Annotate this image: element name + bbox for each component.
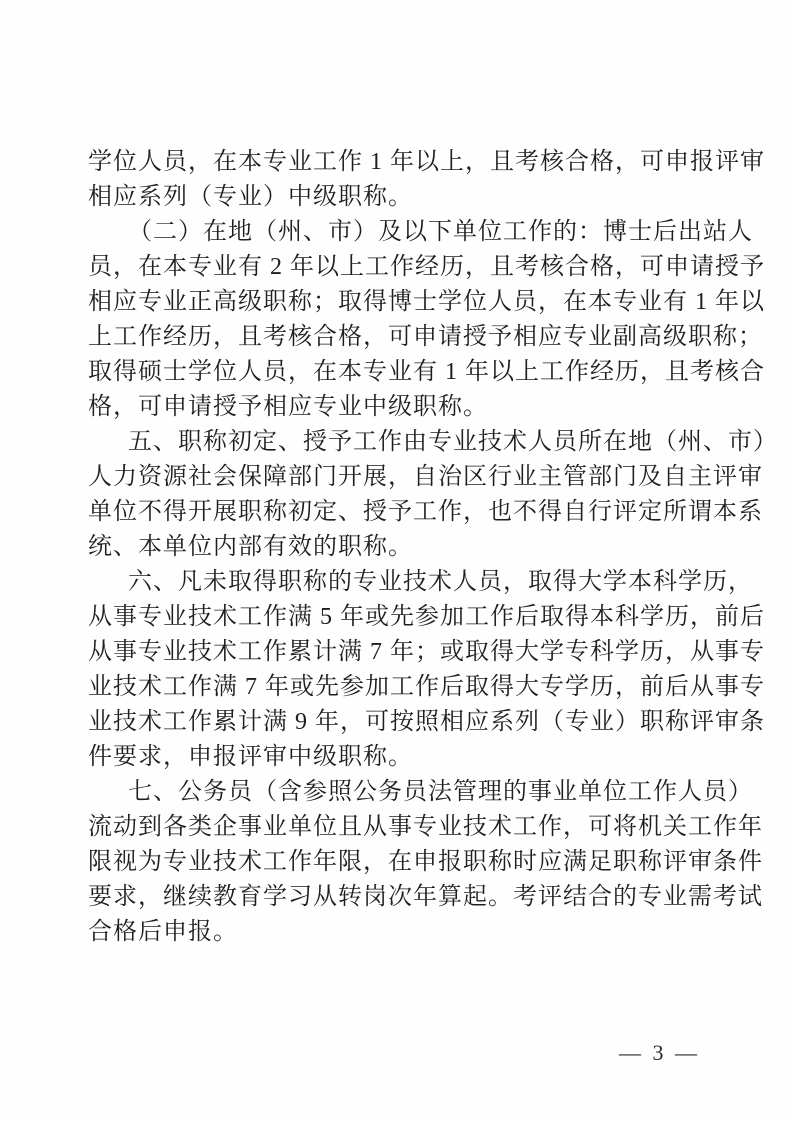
text-line: 人力资源社会保障部门开展，自治区行业主管部门及自主评审 <box>88 460 778 495</box>
text-line: 员，在本专业有 2 年以上工作经历，且考核合格，可申请授予 <box>88 250 778 285</box>
text-line: 相应专业正高级职称；取得博士学位人员，在本专业有 1 年以 <box>88 285 778 320</box>
text-line: 统、本单位内部有效的职称。 <box>88 530 778 565</box>
text-line: 单位不得开展职称初定、授予工作，也不得自行评定所谓本系 <box>88 495 778 530</box>
text-line: 格，可申请授予相应专业中级职称。 <box>88 390 778 425</box>
text-line: 七、公务员（含参照公务员法管理的事业单位工作人员） <box>88 775 778 810</box>
text-line: 学位人员，在本专业工作 1 年以上，且考核合格，可申报评审 <box>88 145 778 180</box>
text-line: 相应系列（专业）中级职称。 <box>88 180 778 215</box>
text-line: 上工作经历，且考核合格，可申请授予相应专业副高级职称； <box>88 320 778 355</box>
page-number: — 3 — <box>619 1040 700 1066</box>
document-page: 学位人员，在本专业工作 1 年以上，且考核合格，可申报评审相应系列（专业）中级职… <box>0 0 790 1122</box>
text-line: 合格后申报。 <box>88 915 778 950</box>
text-line: 业技术工作累计满 9 年，可按照相应系列（专业）职称评审条 <box>88 705 778 740</box>
text-line: 五、职称初定、授予工作由专业技术人员所在地（州、市） <box>88 425 778 460</box>
text-line: 要求，继续教育学习从转岗次年算起。考评结合的专业需考试 <box>88 880 778 915</box>
text-line: 取得硕士学位人员，在本专业有 1 年以上工作经历，且考核合 <box>88 355 778 390</box>
text-line: 从事专业技术工作满 5 年或先参加工作后取得本科学历，前后 <box>88 600 778 635</box>
text-line: 件要求，申报评审中级职称。 <box>88 740 778 775</box>
text-line: （二）在地（州、市）及以下单位工作的：博士后出站人 <box>88 215 778 250</box>
text-line: 业技术工作满 7 年或先参加工作后取得大专学历，前后从事专 <box>88 670 778 705</box>
text-line: 六、凡未取得职称的专业技术人员，取得大学本科学历， <box>88 565 778 600</box>
text-line: 从事专业技术工作累计满 7 年；或取得大学专科学历，从事专 <box>88 635 778 670</box>
text-line: 流动到各类企事业单位且从事专业技术工作，可将机关工作年 <box>88 810 778 845</box>
document-body-text: 学位人员，在本专业工作 1 年以上，且考核合格，可申报评审相应系列（专业）中级职… <box>88 145 778 950</box>
text-line: 限视为专业技术工作年限，在申报职称时应满足职称评审条件 <box>88 845 778 880</box>
